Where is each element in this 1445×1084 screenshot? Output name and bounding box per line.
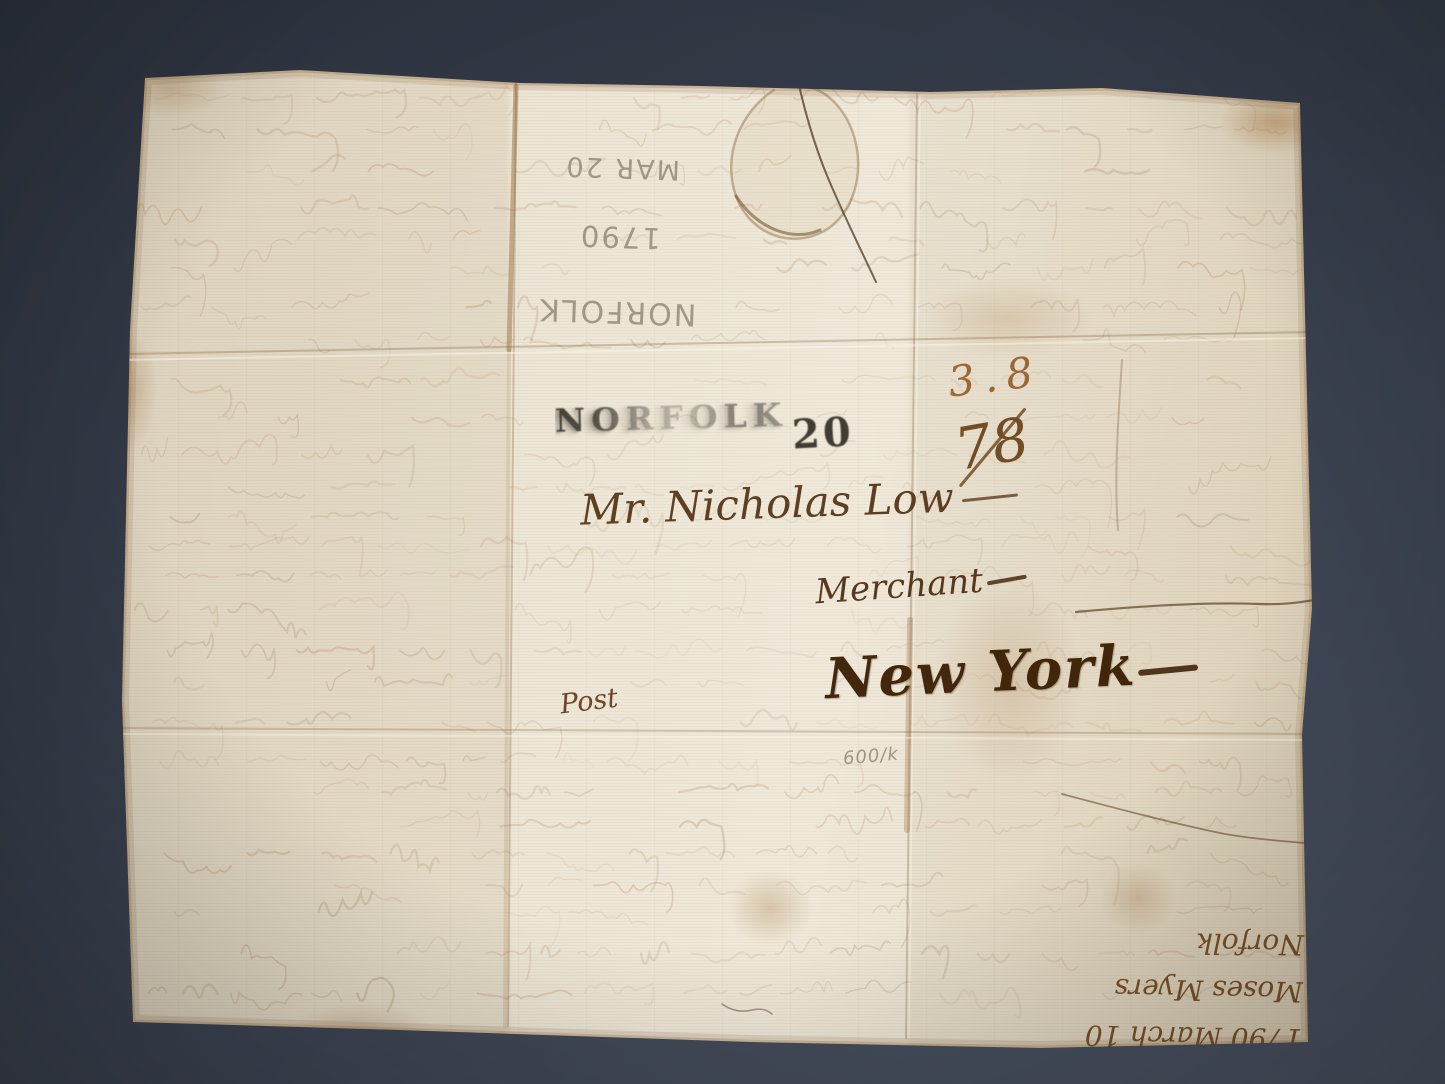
docket-line-sender: Moses Myers: [1025, 963, 1318, 1015]
pencil-docket-line-date: MAR 20: [511, 128, 733, 206]
day-handstamp: 20: [791, 408, 855, 458]
docket-line-date: 1790 March 10: [1024, 1010, 1317, 1062]
pencil-docket-top: NORFOLK 1790 MAR 20: [506, 111, 734, 354]
photo-background: NORFOLK 1790 MAR 20 NORFOLK 20 3.8 78 Mr…: [0, 0, 1445, 1084]
pencil-docket-line-year: 1790: [509, 198, 731, 276]
norfolk-handstamp: NORFOLK: [555, 396, 788, 440]
letter-sheet: NORFOLK 1790 MAR 20 NORFOLK 20 3.8 78 Mr…: [110, 60, 1320, 1055]
seal-stain-outline: [731, 88, 858, 239]
docket-bottom-right: 1790 March 10 Moses Myers Norfolk: [1024, 905, 1319, 1062]
docket-line-place: Norfolk: [1025, 916, 1318, 968]
pencil-docket-line-town: NORFOLK: [506, 268, 729, 354]
